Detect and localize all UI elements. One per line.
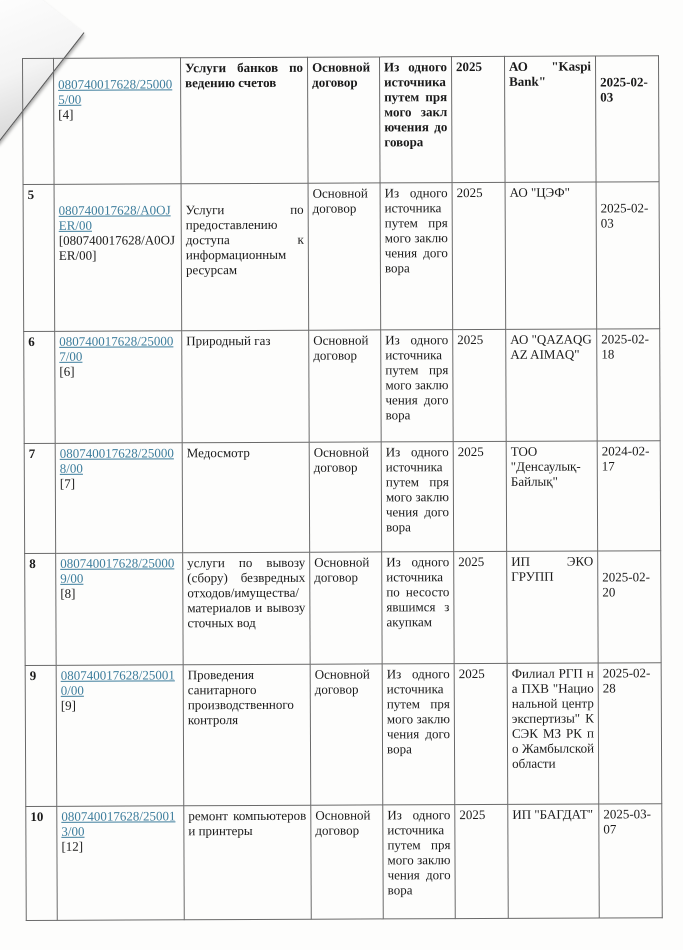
row-number: 6 — [24, 331, 55, 443]
contract-id-cell: 080740017628/250007/00 [6] — [55, 331, 182, 444]
contract-id-cell: 080740017628/250008/00 [7] — [55, 443, 182, 554]
supplier-cell: ИП "БАГДАТ" — [508, 804, 599, 918]
contract-link[interactable]: 080740017628/250013/00 — [61, 808, 179, 839]
table-row: 6 080740017628/250007/00 [6] Природный г… — [24, 329, 660, 444]
contract-id-cell: 080740017628/250005/00 [4] — [54, 58, 182, 185]
supplier-cell: АО "ЦЭФ" — [505, 182, 597, 329]
method-cell: Из одного источника путем прямого заключ… — [380, 183, 453, 330]
contract-link[interactable]: 080740017628/A0OJER/00 — [59, 202, 177, 233]
contract-ref: [8] — [60, 585, 178, 601]
date-cell: 2024-02-17 — [597, 441, 660, 551]
contract-type-cell: Основной договор — [309, 330, 381, 442]
contract-ref: [7] — [60, 475, 178, 491]
date-cell: 2025-02-03 — [596, 182, 660, 329]
subject-cell: Природный газ — [182, 330, 309, 443]
date-cell: 2025-02-03 — [595, 56, 659, 182]
table-row: 9 080740017628/250010/00 [9] Проведения … — [25, 663, 662, 807]
contract-type-cell: Основной договор — [308, 183, 381, 330]
table-row: 10 080740017628/250013/00 [12] ремонт ко… — [26, 804, 662, 921]
table-row: 8 080740017628/250009/00 [8] услуги по в… — [25, 551, 661, 666]
method-cell: Из одного источника по несостоявшимся за… — [382, 552, 454, 664]
method-cell: Из одного источника путем прямого заключ… — [381, 442, 453, 552]
contract-link[interactable]: 080740017628/250010/00 — [61, 667, 179, 698]
table-row: 7 080740017628/250008/00 [7] Медосмотр О… — [24, 441, 660, 554]
year-cell: 2025 — [453, 441, 506, 551]
contract-type-cell: Основной договор — [310, 552, 382, 664]
year-cell: 2025 — [454, 551, 507, 663]
contract-ref: [9] — [61, 697, 179, 713]
date-cell: 2025-02-18 — [597, 329, 660, 441]
method-cell: Из одного источника путем прямого заключ… — [381, 330, 453, 442]
contract-id-cell: 080740017628/250009/00 [8] — [56, 553, 183, 666]
scanned-page: 080740017628/250005/00 [4] Услуги банков… — [0, 0, 683, 950]
procurement-table: 080740017628/250005/00 [4] Услуги банков… — [22, 55, 663, 921]
method-cell: Из одного источника путем прямого заключ… — [382, 664, 455, 805]
contract-type-cell: Основной договор — [311, 805, 383, 919]
date-cell: 2025-02-20 — [598, 551, 661, 663]
contract-id-cell: 080740017628/250010/00 [9] — [56, 665, 184, 807]
contract-link[interactable]: 080740017628/250008/00 — [60, 445, 178, 476]
contract-id-cell: 080740017628/250013/00 [12] — [57, 806, 184, 921]
supplier-cell: АО "QAZAQGAZ AIMAQ" — [506, 329, 597, 441]
row-number: 8 — [25, 553, 56, 665]
contract-type-cell: Основной договор — [309, 442, 381, 552]
contract-type-cell: Основной договор — [307, 57, 380, 183]
contract-link[interactable]: 080740017628/250005/00 — [58, 76, 176, 107]
subject-cell: Услуги банков по ведению счетов — [181, 57, 309, 184]
supplier-cell: ИП ЭКО ГРУПП — [507, 551, 598, 663]
subject-cell: Услуги по предоставлению доступа к инфор… — [181, 183, 309, 331]
date-cell: 2025-03-07 — [599, 804, 662, 918]
contract-ref: [6] — [59, 363, 177, 379]
contract-link[interactable]: 080740017628/250007/00 — [59, 333, 177, 364]
method-cell: Из одного источника путем прямого заключ… — [379, 57, 452, 183]
year-cell: 2025 — [452, 182, 506, 329]
method-cell: Из одного источника путем прямого заключ… — [383, 805, 455, 919]
subject-cell: Медосмотр — [182, 442, 309, 553]
subject-cell: ремонт компьютеров и принтеры — [184, 805, 311, 920]
year-cell: 2025 — [455, 804, 508, 918]
contract-ref: [080740017628/A0OJER/00] — [59, 232, 177, 263]
year-cell: 2025 — [453, 329, 506, 441]
row-number: 9 — [25, 665, 57, 806]
contract-link[interactable]: 080740017628/250009/00 — [60, 555, 178, 586]
subject-cell: Проведения санитарного производственного… — [183, 664, 311, 806]
row-number: 7 — [24, 443, 55, 553]
year-cell: 2025 — [451, 56, 505, 182]
contract-id-cell: 080740017628/A0OJER/00 [080740017628/A0O… — [54, 184, 182, 332]
supplier-cell: Филиал РГП на ПХВ "Национальной центр эк… — [507, 663, 599, 804]
table-row: 5 080740017628/A0OJER/00 [080740017628/A… — [23, 182, 660, 332]
subject-cell: услуги по вывозу (сбору) безвредных отхо… — [183, 552, 310, 665]
row-number: 10 — [26, 806, 57, 920]
row-number — [23, 58, 55, 184]
supplier-cell: ТОО "Денсаулық-Байлық" — [506, 441, 597, 551]
contract-type-cell: Основной договор — [310, 664, 383, 805]
year-cell: 2025 — [454, 663, 508, 804]
table-row: 080740017628/250005/00 [4] Услуги банков… — [23, 56, 660, 185]
supplier-cell: АО "Kaspi Bank" — [504, 56, 596, 182]
contract-ref: [12] — [61, 838, 179, 854]
date-cell: 2025-02-28 — [598, 663, 662, 804]
contract-ref: [4] — [58, 106, 176, 122]
row-number: 5 — [23, 184, 55, 331]
